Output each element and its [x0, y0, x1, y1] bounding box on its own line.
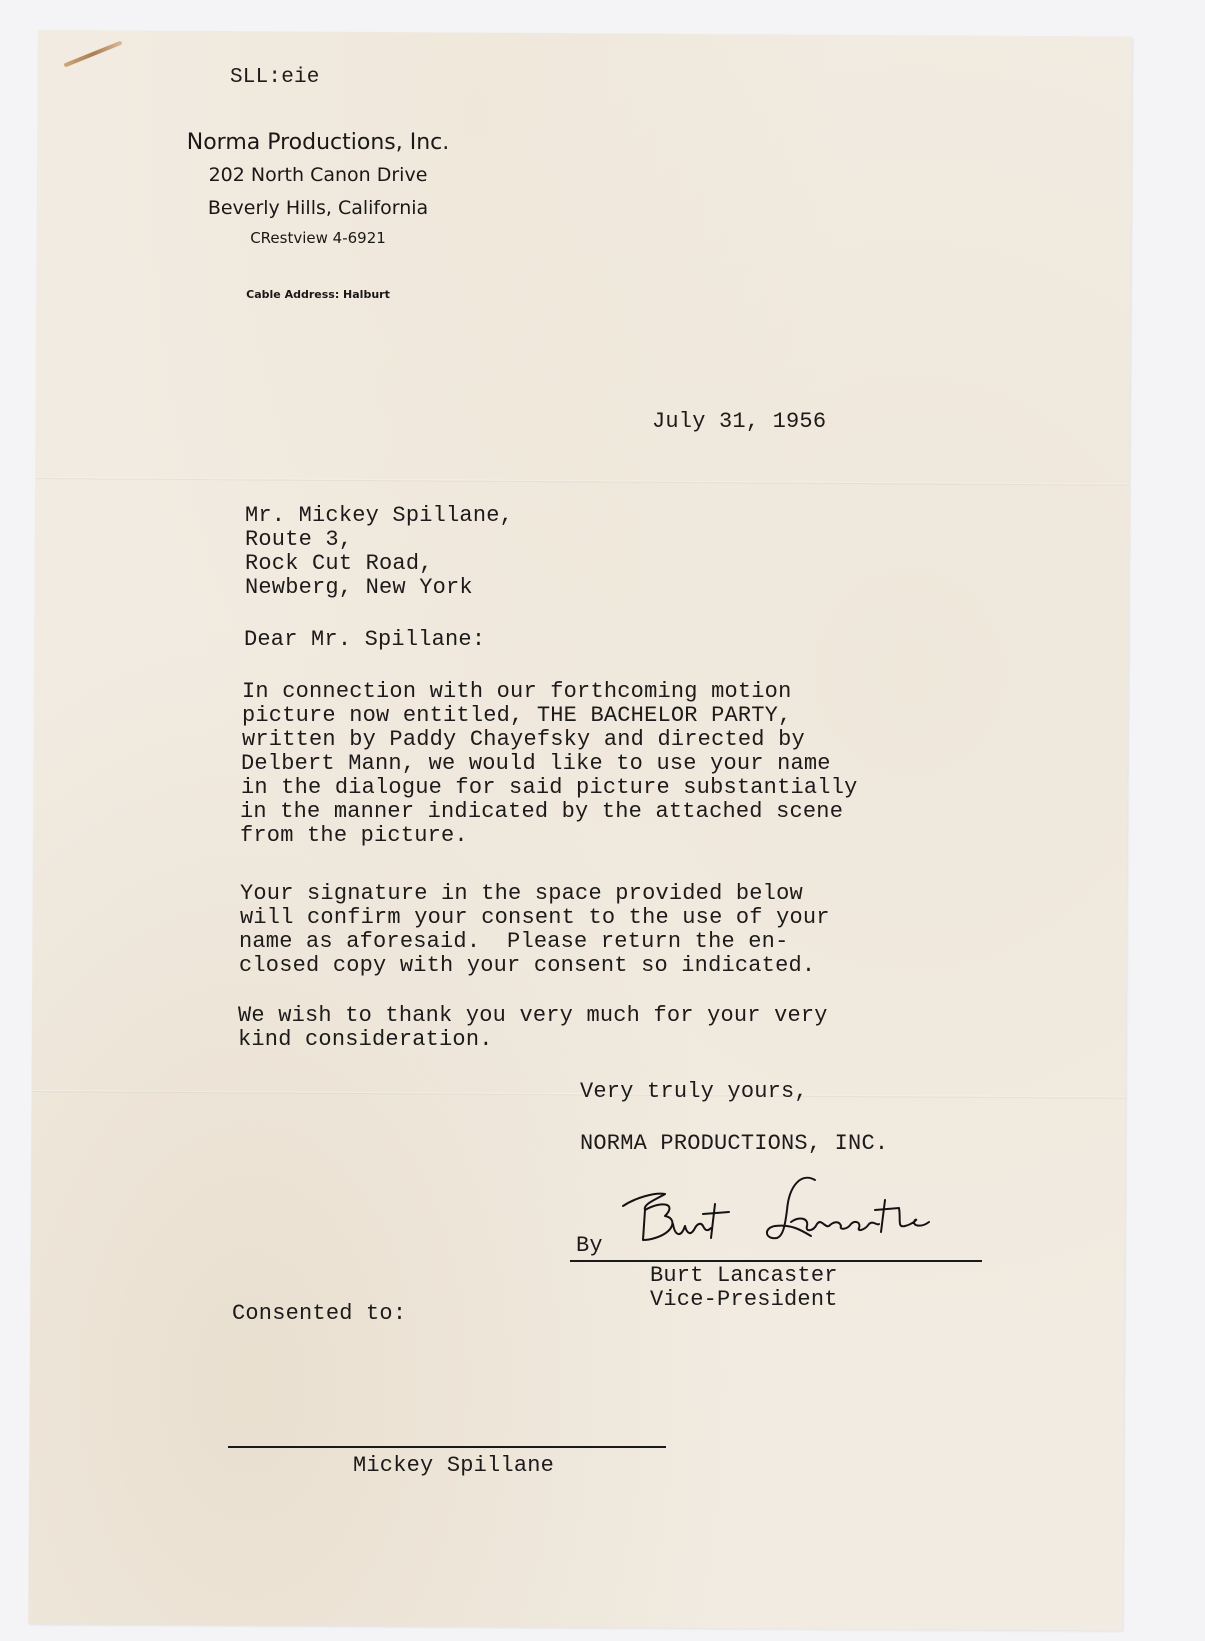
body-line: In connection with our forthcoming motio… — [242, 680, 792, 704]
by-label: By — [576, 1234, 603, 1258]
body-line: written by Paddy Chayefsky and directed … — [242, 728, 805, 752]
recipient-line: Mr. Mickey Spillane, — [245, 504, 513, 528]
fold-crease — [35, 477, 1129, 486]
body-line: Your signature in the space provided bel… — [240, 882, 803, 906]
letterhead-address-line2: Beverly Hills, California — [176, 197, 460, 219]
reference-initials: SLL:eie — [230, 66, 320, 90]
closing-company: NORMA PRODUCTIONS, INC. — [580, 1132, 888, 1156]
signer-title: Vice-President — [650, 1288, 838, 1312]
body-line: name as aforesaid. Please return the en- — [239, 930, 789, 954]
letter-date: July 31, 1956 — [652, 410, 826, 434]
valediction: Very truly yours, — [580, 1080, 808, 1104]
letterhead-cable: Cable Address: Halburt — [176, 288, 460, 301]
body-line: picture now entitled, THE BACHELOR PARTY… — [242, 704, 792, 728]
recipient-line: Route 3, — [245, 528, 352, 552]
letterhead-company: Norma Productions, Inc. — [176, 130, 460, 155]
signature-line-burt-lancaster — [570, 1260, 982, 1262]
recipient-line: Newberg, New York — [245, 576, 473, 600]
salutation: Dear Mr. Spillane: — [244, 628, 485, 652]
recipient-line: Rock Cut Road, — [245, 552, 433, 576]
letterhead-address-line1: 202 North Canon Drive — [176, 164, 460, 186]
body-line: Delbert Mann, we would like to use your … — [241, 752, 831, 776]
consent-signer-name: Mickey Spillane — [353, 1454, 554, 1478]
body-line: will confirm your consent to the use of … — [240, 906, 830, 930]
fold-crease — [32, 1090, 1126, 1099]
signature-burt-lancaster — [615, 1170, 935, 1260]
body-line: from the picture. — [240, 824, 468, 848]
consent-signature-line[interactable] — [228, 1446, 666, 1448]
body-line: in the manner indicated by the attached … — [240, 800, 843, 824]
letterhead-phone: CRestview 4-6921 — [176, 229, 460, 247]
signer-name: Burt Lancaster — [650, 1264, 838, 1288]
letter-page — [28, 30, 1132, 1631]
body-line: We wish to thank you very much for your … — [238, 1004, 828, 1028]
body-line: kind consideration. — [238, 1028, 493, 1052]
body-line: in the dialogue for said picture substan… — [241, 776, 858, 800]
body-line: closed copy with your consent so indicat… — [239, 954, 815, 978]
consent-label: Consented to: — [232, 1302, 406, 1326]
